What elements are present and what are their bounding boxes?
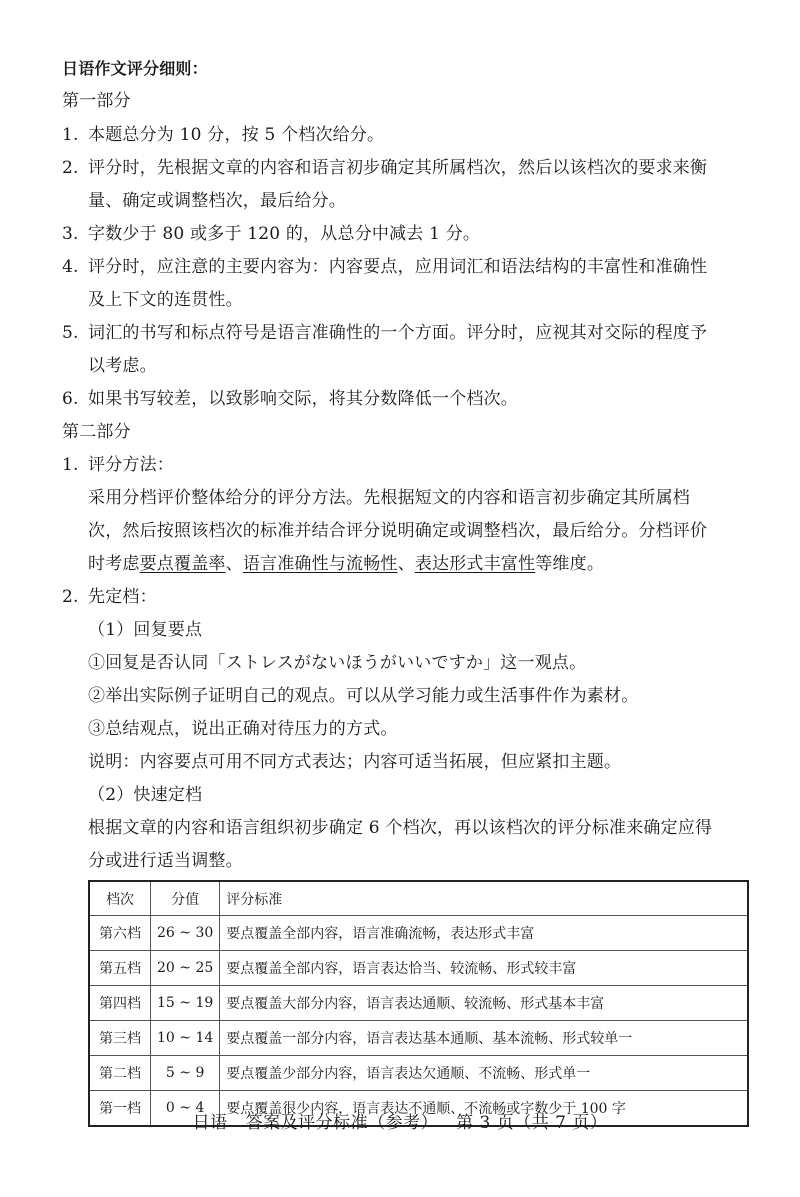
dimension-richness: 表达形式丰富性 <box>415 554 535 574</box>
table-row: 第四档15 ~ 19要点覆盖大部分内容，语言表达通顺、较流畅、形式基本丰富 <box>89 986 748 1021</box>
grade-level-cell: 第六档 <box>89 916 151 951</box>
part1-item-3: 3.字数少于 80 或多于 120 的，从总分中减去 1 分。 <box>62 223 480 245</box>
method-line-1: 采用分档评价整体给分的评分方法。先根据短文的内容和语言初步确定其所属档 <box>88 487 690 509</box>
separator: 、 <box>398 554 415 574</box>
document-title: 日语作文评分细则： <box>62 58 208 80</box>
table-row: 第五档20 ~ 25要点覆盖全部内容，语言表达恰当、较流畅、形式较丰富 <box>89 951 748 986</box>
item-text: 评分时，先根据文章的内容和语言初步确定其所属档次，然后以该档次的要求来衡 <box>88 158 707 178</box>
part2-heading: 第二部分 <box>62 421 131 443</box>
footer-page-number: 第 3 页（共 7 页） <box>456 1113 607 1133</box>
criteria-cell: 要点覆盖全部内容，语言表达恰当、较流畅、形式较丰富 <box>220 951 748 986</box>
part1-item-4-cont: 及上下文的连贯性。 <box>88 289 243 311</box>
part1-item-4: 4.评分时，应注意的主要内容为：内容要点，应用词汇和语法结构的丰富性和准确性 <box>62 256 707 278</box>
dimension-accuracy: 语言准确性与流畅性 <box>243 554 398 574</box>
dimension-coverage: 要点覆盖率 <box>140 554 226 574</box>
method-label: 评分方法： <box>88 455 174 475</box>
item-number: 4. <box>62 256 88 278</box>
item-number: 2. <box>62 586 88 608</box>
score-range-cell: 15 ~ 19 <box>151 986 220 1021</box>
column-header: 档次 <box>89 881 151 916</box>
criteria-cell: 要点覆盖一部分内容，语言表达基本通顺、基本流畅、形式较单一 <box>220 1021 748 1056</box>
part2-method: 1.评分方法： <box>62 454 174 476</box>
item-number: 2. <box>62 157 88 179</box>
method-line-3: 时考虑要点覆盖率、语言准确性与流畅性、表达形式丰富性等维度。 <box>88 553 604 575</box>
sub2-line-1: 根据文章的内容和语言组织初步确定 6 个档次，再以该档次的评分标准来确定应得 <box>88 817 712 839</box>
page-footer: 日语答案及评分标准（参考）第 3 页（共 7 页） <box>0 1112 800 1134</box>
part1-item-6: 6.如果书写较差，以致影响交际，将其分数降低一个档次。 <box>62 388 518 410</box>
part1-item-2-cont: 量、确定或调整档次，最后给分。 <box>88 190 346 212</box>
item-number: 1. <box>62 124 88 146</box>
sub2-line-2: 分或进行适当调整。 <box>88 850 243 872</box>
method-line-3-suffix: 等维度。 <box>535 554 604 574</box>
grade-level-cell: 第二档 <box>89 1056 151 1091</box>
column-header: 分值 <box>151 881 220 916</box>
part1-heading: 第一部分 <box>62 90 131 112</box>
document-page: 日语作文评分细则： 第一部分 1.本题总分为 10 分，按 5 个档次给分。 2… <box>0 0 800 1197</box>
footer-subject: 日语 <box>193 1113 228 1133</box>
item-text: 本题总分为 10 分，按 5 个档次给分。 <box>88 125 384 145</box>
table-row: 第二档5 ~ 9要点覆盖少部分内容，语言表达欠通顺、不流畅、形式单一 <box>89 1056 748 1091</box>
note: 说明：内容要点可用不同方式表达；内容可适当拓展，但应紧扣主题。 <box>88 751 621 773</box>
table-header-row: 档次分值评分标准 <box>89 881 748 916</box>
item-number: 5. <box>62 322 88 344</box>
score-range-cell: 26 ~ 30 <box>151 916 220 951</box>
item-text: 词汇的书写和标点符号是语言准确性的一个方面。评分时，应视其对交际的程度予 <box>88 323 707 343</box>
part1-item-1: 1.本题总分为 10 分，按 5 个档次给分。 <box>62 124 384 146</box>
part2-grading: 2.先定档： <box>62 586 157 608</box>
score-range-cell: 5 ~ 9 <box>151 1056 220 1091</box>
grade-level-cell: 第四档 <box>89 986 151 1021</box>
part1-item-5: 5.词汇的书写和标点符号是语言准确性的一个方面。评分时，应视其对交际的程度予 <box>62 322 707 344</box>
part1-item-2: 2.评分时，先根据文章的内容和语言初步确定其所属档次，然后以该档次的要求来衡 <box>62 157 707 179</box>
grading-label: 先定档： <box>88 587 157 607</box>
criteria-cell: 要点覆盖少部分内容，语言表达欠通顺、不流畅、形式单一 <box>220 1056 748 1091</box>
item-text: 如果书写较差，以致影响交际，将其分数降低一个档次。 <box>88 389 518 409</box>
sub1-label: （1）回复要点 <box>88 619 202 641</box>
item-number: 3. <box>62 223 88 245</box>
footer-doc-name: 答案及评分标准（参考） <box>246 1113 439 1133</box>
point-1: ①回复是否认同「ストレスがないほうがいいですか」这一观点。 <box>88 652 586 674</box>
sub2-label: （2）快速定档 <box>88 784 202 806</box>
table-row: 第三档10 ~ 14要点覆盖一部分内容，语言表达基本通顺、基本流畅、形式较单一 <box>89 1021 748 1056</box>
method-line-3-prefix: 时考虑 <box>88 554 140 574</box>
criteria-cell: 要点覆盖全部内容，语言准确流畅，表达形式丰富 <box>220 916 748 951</box>
separator: 、 <box>226 554 243 574</box>
grade-level-cell: 第三档 <box>89 1021 151 1056</box>
part1-item-5-cont: 以考虑。 <box>88 355 157 377</box>
item-text: 评分时，应注意的主要内容为：内容要点，应用词汇和语法结构的丰富性和准确性 <box>88 257 707 277</box>
grade-level-cell: 第五档 <box>89 951 151 986</box>
table-row: 第六档26 ~ 30要点覆盖全部内容，语言准确流畅，表达形式丰富 <box>89 916 748 951</box>
score-range-cell: 20 ~ 25 <box>151 951 220 986</box>
item-number: 6. <box>62 388 88 410</box>
point-3: ③总结观点，说出正确对待压力的方式。 <box>88 718 398 740</box>
method-line-2: 次，然后按照该档次的标准并结合评分说明确定或调整档次，最后给分。分档评价 <box>88 520 707 542</box>
item-text: 字数少于 80 或多于 120 的，从总分中减去 1 分。 <box>88 224 480 244</box>
criteria-cell: 要点覆盖大部分内容，语言表达通顺、较流畅、形式基本丰富 <box>220 986 748 1021</box>
score-range-cell: 10 ~ 14 <box>151 1021 220 1056</box>
grading-table: 档次分值评分标准第六档26 ~ 30要点覆盖全部内容，语言准确流畅，表达形式丰富… <box>88 880 749 1127</box>
column-header: 评分标准 <box>220 881 748 916</box>
item-number: 1. <box>62 454 88 476</box>
point-2: ②举出实际例子证明自己的观点。可以从学习能力或生活事件作为素材。 <box>88 685 638 707</box>
